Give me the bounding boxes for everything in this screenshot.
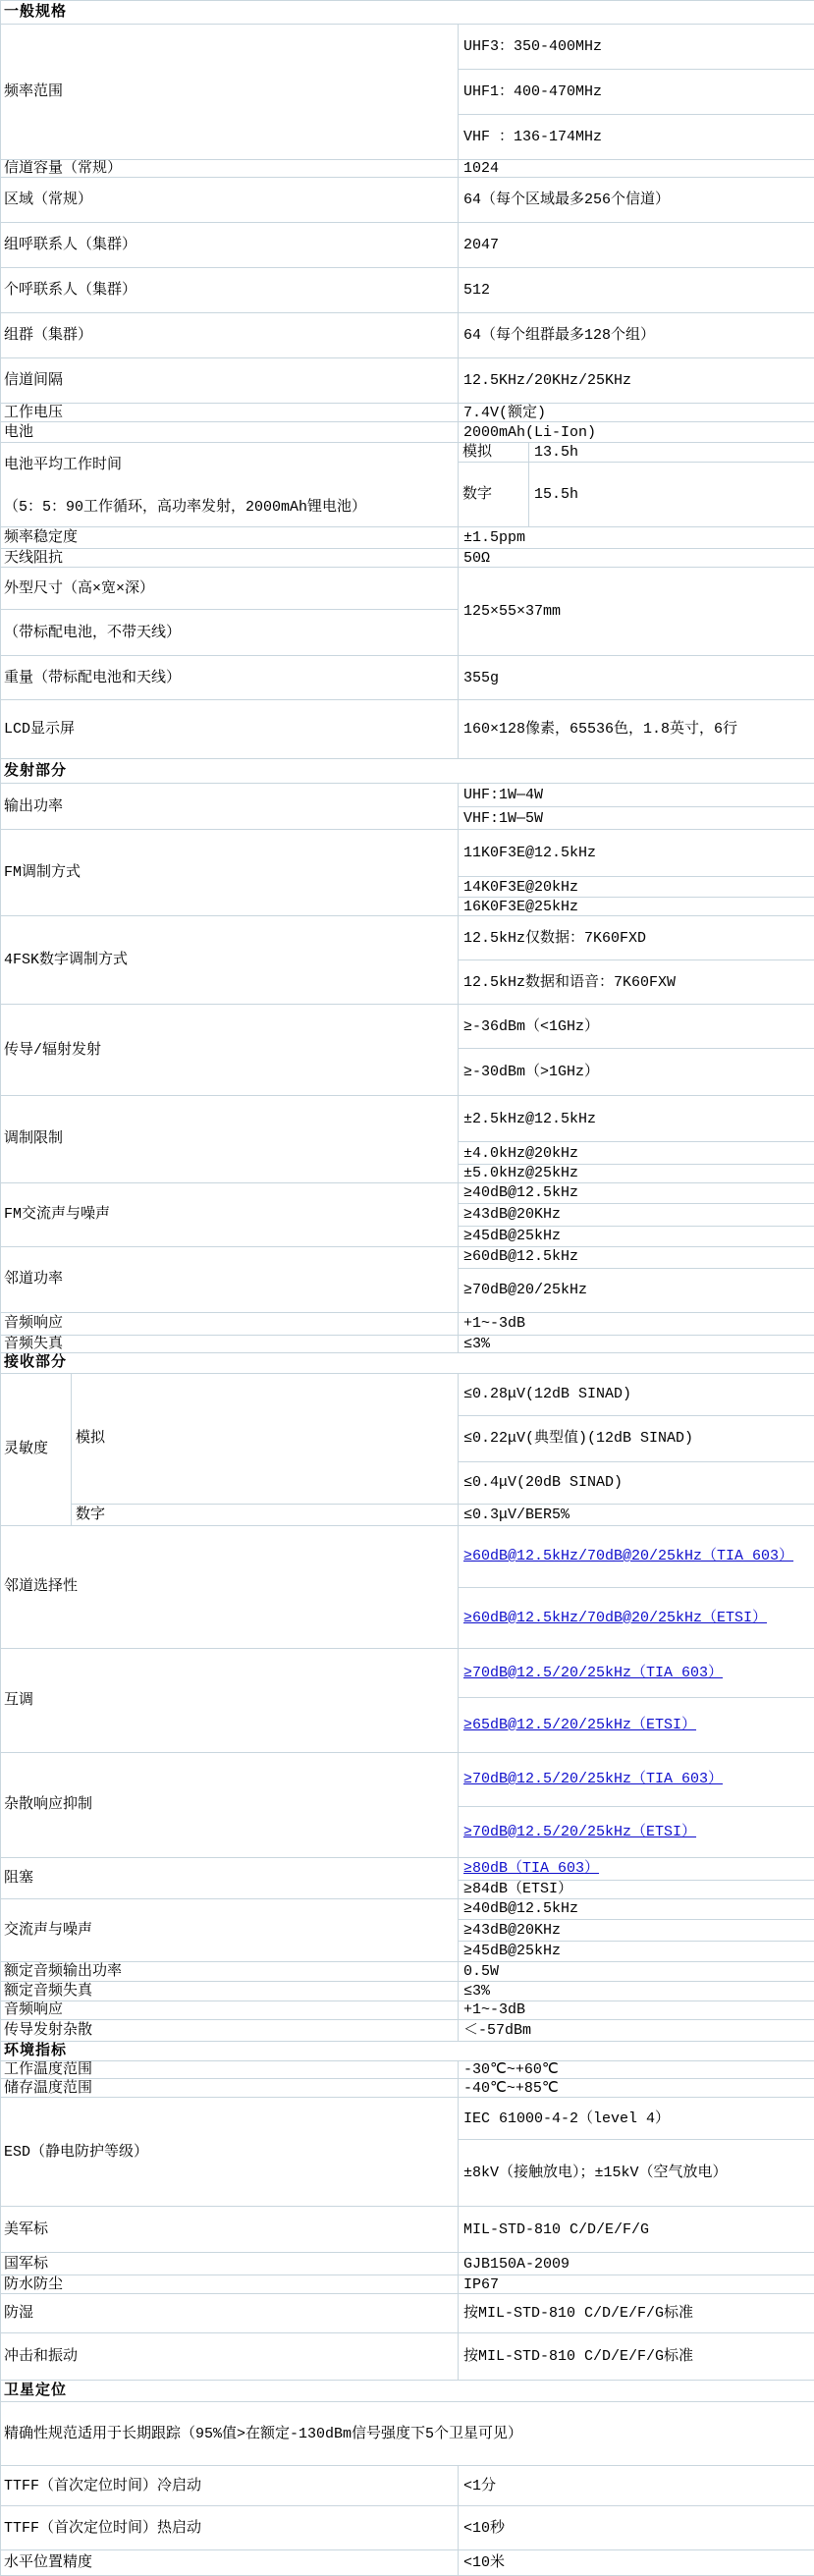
spec-label-dimensions-note: （带标配电池，不带天线） (1, 610, 459, 656)
spec-link[interactable]: ≥65dB@12.5/20/25kHz（ETSI） (459, 1697, 814, 1752)
spec-label: 阻塞 (1, 1857, 459, 1898)
spec-link[interactable]: ≥70dB@12.5/20/25kHz（ETSI） (459, 1806, 814, 1857)
spec-label: 4FSK数字调制方式 (1, 916, 459, 1005)
spec-label: 天线阻抗 (1, 549, 459, 568)
spec-value: ≥70dB@20/25kHz (459, 1268, 814, 1312)
spec-label: 杂散响应抑制 (1, 1752, 459, 1857)
spec-value: -40℃~+85℃ (459, 2079, 814, 2098)
spec-value: IEC 61000-4-2（level 4） (459, 2098, 814, 2140)
mode-label-analog: 模拟 (459, 443, 529, 463)
spec-value: IP67 (459, 2275, 814, 2294)
spec-label: 冲击和振动 (1, 2333, 459, 2381)
spec-label-esd: ESD（静电防护等级） (1, 2098, 459, 2207)
spec-value: ±4.0kHz@20kHz (459, 1142, 814, 1165)
spec-table: 一般规格 频率范围 UHF3：350-400MHz UHF1：400-470MH… (0, 0, 814, 2576)
spec-value: ≥84dB（ETSI） (459, 1880, 814, 1898)
spec-value: 2047 (459, 223, 814, 268)
spec-value: 64（每个区域最多256个信道） (459, 178, 814, 223)
spec-value: -30℃~+60℃ (459, 2061, 814, 2079)
spec-label: TTFF（首次定位时间）冷启动 (1, 2466, 459, 2506)
spec-label: 调制限制 (1, 1096, 459, 1182)
spec-label: 工作电压 (1, 404, 459, 422)
spec-value: 12.5kHz仅数据：7K60FXD (459, 916, 814, 960)
spec-value: 12.5KHz/20KHz/25KHz (459, 358, 814, 404)
spec-label: 音频响应 (1, 2001, 459, 2019)
spec-label: 防水防尘 (1, 2275, 459, 2294)
gps-accuracy-note: 精确性规范适用于长期跟踪（95%值>在额定-130dBm信号强度下5个卫星可见） (1, 2402, 814, 2466)
spec-label: 音频失真 (1, 1335, 459, 1352)
spec-label: LCD显示屏 (1, 700, 459, 759)
spec-value: ≤3% (459, 1335, 814, 1352)
spec-value: +1~-3dB (459, 1312, 814, 1335)
spec-value: ±1.5ppm (459, 527, 814, 549)
spec-label: 邻道选择性 (1, 1525, 459, 1648)
spec-value: UHF3：350-400MHz (459, 25, 814, 70)
spec-value: ≥40dB@12.5kHz (459, 1898, 814, 1919)
section-title: 接收部分 (1, 1352, 814, 1373)
spec-label: 储存温度范围 (1, 2079, 459, 2098)
spec-value: ≥45dB@25kHz (459, 1941, 814, 1961)
spec-value: 50Ω (459, 549, 814, 568)
spec-link[interactable]: ≥80dB（TIA 603） (459, 1857, 814, 1880)
spec-value: ≥43dB@20KHz (459, 1919, 814, 1941)
battery-time-line1: 电池平均工作时间 (4, 457, 456, 473)
spec-label: 工作温度范围 (1, 2061, 459, 2079)
spec-value: ≤3% (459, 1981, 814, 2001)
spec-value: UHF:1W—4W (459, 784, 814, 807)
spec-value: ≤0.28μV(12dB SINAD) (459, 1373, 814, 1415)
spec-label-sensitivity: 灵敏度 (1, 1373, 72, 1525)
spec-label: 信道容量（常规） (1, 160, 459, 178)
spec-value: ±5.0kHz@25kHz (459, 1165, 814, 1182)
section-title: 发射部分 (1, 759, 814, 784)
spec-value: GJB150A-2009 (459, 2253, 814, 2275)
spec-value: 512 (459, 268, 814, 313)
spec-value: 160×128像素，65536色，1.8英寸，6行 (459, 700, 814, 759)
spec-value: ±2.5kHz@12.5kHz (459, 1096, 814, 1142)
spec-label: FM调制方式 (1, 830, 459, 916)
spec-value: <10秒 (459, 2506, 814, 2550)
spec-value: 15.5h (529, 463, 814, 527)
spec-value: ＜-57dBm (459, 2019, 814, 2041)
spec-value: VHF ：136-174MHz (459, 115, 814, 160)
spec-label: 交流声与噪声 (1, 1898, 459, 1961)
spec-value: ≤0.3μV/BER5% (459, 1504, 814, 1525)
spec-label: 美军标 (1, 2207, 459, 2253)
spec-link[interactable]: ≥60dB@12.5kHz/70dB@20/25kHz（ETSI） (459, 1587, 814, 1648)
spec-value: 12.5kHz数据和语音：7K60FXW (459, 960, 814, 1005)
spec-value: 按MIL-STD-810 C/D/E/F/G标准 (459, 2294, 814, 2333)
spec-value: 0.5W (459, 1961, 814, 1981)
spec-label-dimensions: 外型尺寸（高×宽×深） (1, 568, 459, 610)
spec-label: 互调 (1, 1648, 459, 1752)
spec-label: 个呼联系人（集群） (1, 268, 459, 313)
spec-label: 频率稳定度 (1, 527, 459, 549)
mode-label-digital: 数字 (459, 463, 529, 527)
spec-link[interactable]: ≥60dB@12.5kHz/70dB@20/25kHz（TIA 603） (459, 1525, 814, 1587)
spec-value: 1024 (459, 160, 814, 178)
spec-label: TTFF（首次定位时间）热启动 (1, 2506, 459, 2550)
spec-link[interactable]: ≥70dB@12.5/20/25kHz（TIA 603） (459, 1648, 814, 1697)
spec-value: 7.4V(额定) (459, 404, 814, 422)
spec-value: ±8kV（接触放电）；±15kV（空气放电） (459, 2140, 814, 2207)
section-title: 一般规格 (1, 1, 814, 25)
spec-value: ≥43dB@20KHz (459, 1203, 814, 1226)
battery-time-line2: （5：5：90工作循环，高功率发射，2000mAh锂电池） (4, 499, 456, 516)
mode-label-analog: 模拟 (72, 1373, 459, 1504)
spec-label: 额定音频输出功率 (1, 1961, 459, 1981)
spec-value: 355g (459, 656, 814, 700)
spec-value: ≤0.4μV(20dB SINAD) (459, 1461, 814, 1504)
spec-label: 信道间隔 (1, 358, 459, 404)
spec-label: 邻道功率 (1, 1246, 459, 1312)
spec-label: 区域（常规） (1, 178, 459, 223)
section-title: 卫星定位 (1, 2381, 814, 2402)
spec-label: 组群（集群） (1, 313, 459, 358)
spec-value: 14K0F3E@20kHz (459, 877, 814, 898)
spec-label: 国军标 (1, 2253, 459, 2275)
spec-label: 传导/辐射发射 (1, 1005, 459, 1096)
spec-label: 音频响应 (1, 1312, 459, 1335)
spec-label: 重量（带标配电池和天线） (1, 656, 459, 700)
spec-value: 2000mAh(Li-Ion) (459, 422, 814, 443)
section-title: 环境指标 (1, 2041, 814, 2060)
spec-label: 防湿 (1, 2294, 459, 2333)
spec-value: ≥45dB@25kHz (459, 1226, 814, 1246)
spec-value: 按MIL-STD-810 C/D/E/F/G标准 (459, 2333, 814, 2381)
spec-link[interactable]: ≥70dB@12.5/20/25kHz（TIA 603） (459, 1752, 814, 1806)
spec-value: ≥60dB@12.5kHz (459, 1246, 814, 1268)
mode-label-digital: 数字 (72, 1504, 459, 1525)
spec-value: <1分 (459, 2466, 814, 2506)
spec-value: MIL-STD-810 C/D/E/F/G (459, 2207, 814, 2253)
spec-label: 输出功率 (1, 784, 459, 830)
spec-label: 频率范围 (1, 25, 459, 160)
spec-value: ≥40dB@12.5kHz (459, 1182, 814, 1203)
spec-label: FM交流声与噪声 (1, 1182, 459, 1246)
spec-value: 16K0F3E@25kHz (459, 898, 814, 916)
spec-value: ≤0.22μV(典型值)(12dB SINAD) (459, 1415, 814, 1461)
spec-label: 额定音频失真 (1, 1981, 459, 2001)
spec-value: 125×55×37mm (459, 568, 814, 656)
spec-label: 组呼联系人（集群） (1, 223, 459, 268)
spec-value: ≥-36dBm（<1GHz） (459, 1005, 814, 1049)
spec-label-battery-time: 电池平均工作时间 （5：5：90工作循环，高功率发射，2000mAh锂电池） (1, 443, 459, 527)
spec-value: UHF1：400-470MHz (459, 70, 814, 115)
spec-value: ≥-30dBm（>1GHz） (459, 1049, 814, 1096)
spec-value: VHF:1W—5W (459, 807, 814, 830)
spec-value: 11K0F3E@12.5kHz (459, 830, 814, 877)
spec-label: 电池 (1, 422, 459, 443)
spec-value: 13.5h (529, 443, 814, 463)
spec-value: 64（每个组群最多128个组） (459, 313, 814, 358)
spec-value: +1~-3dB (459, 2001, 814, 2019)
spec-label: 传导发射杂散 (1, 2019, 459, 2041)
